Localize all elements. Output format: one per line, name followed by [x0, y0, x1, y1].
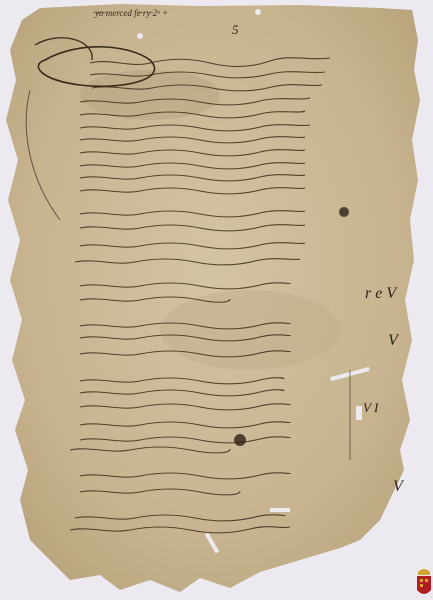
margin-mark-4: V	[393, 478, 403, 496]
margin-mark-3: V I	[363, 400, 378, 416]
header-annotation: ̶y̶o̶ merced fe̶ ry̶ 2ᵒ +	[95, 8, 168, 18]
margin-mark-1: r e V	[365, 285, 396, 303]
margin-mark-2: V	[388, 332, 398, 350]
manuscript-page: ̶y̶o̶ merced fe̶ ry̶ 2ᵒ + 5 r e V V V I …	[0, 0, 433, 600]
folio-number: 5	[232, 22, 239, 38]
region-coat-of-arms-icon	[416, 566, 432, 598]
